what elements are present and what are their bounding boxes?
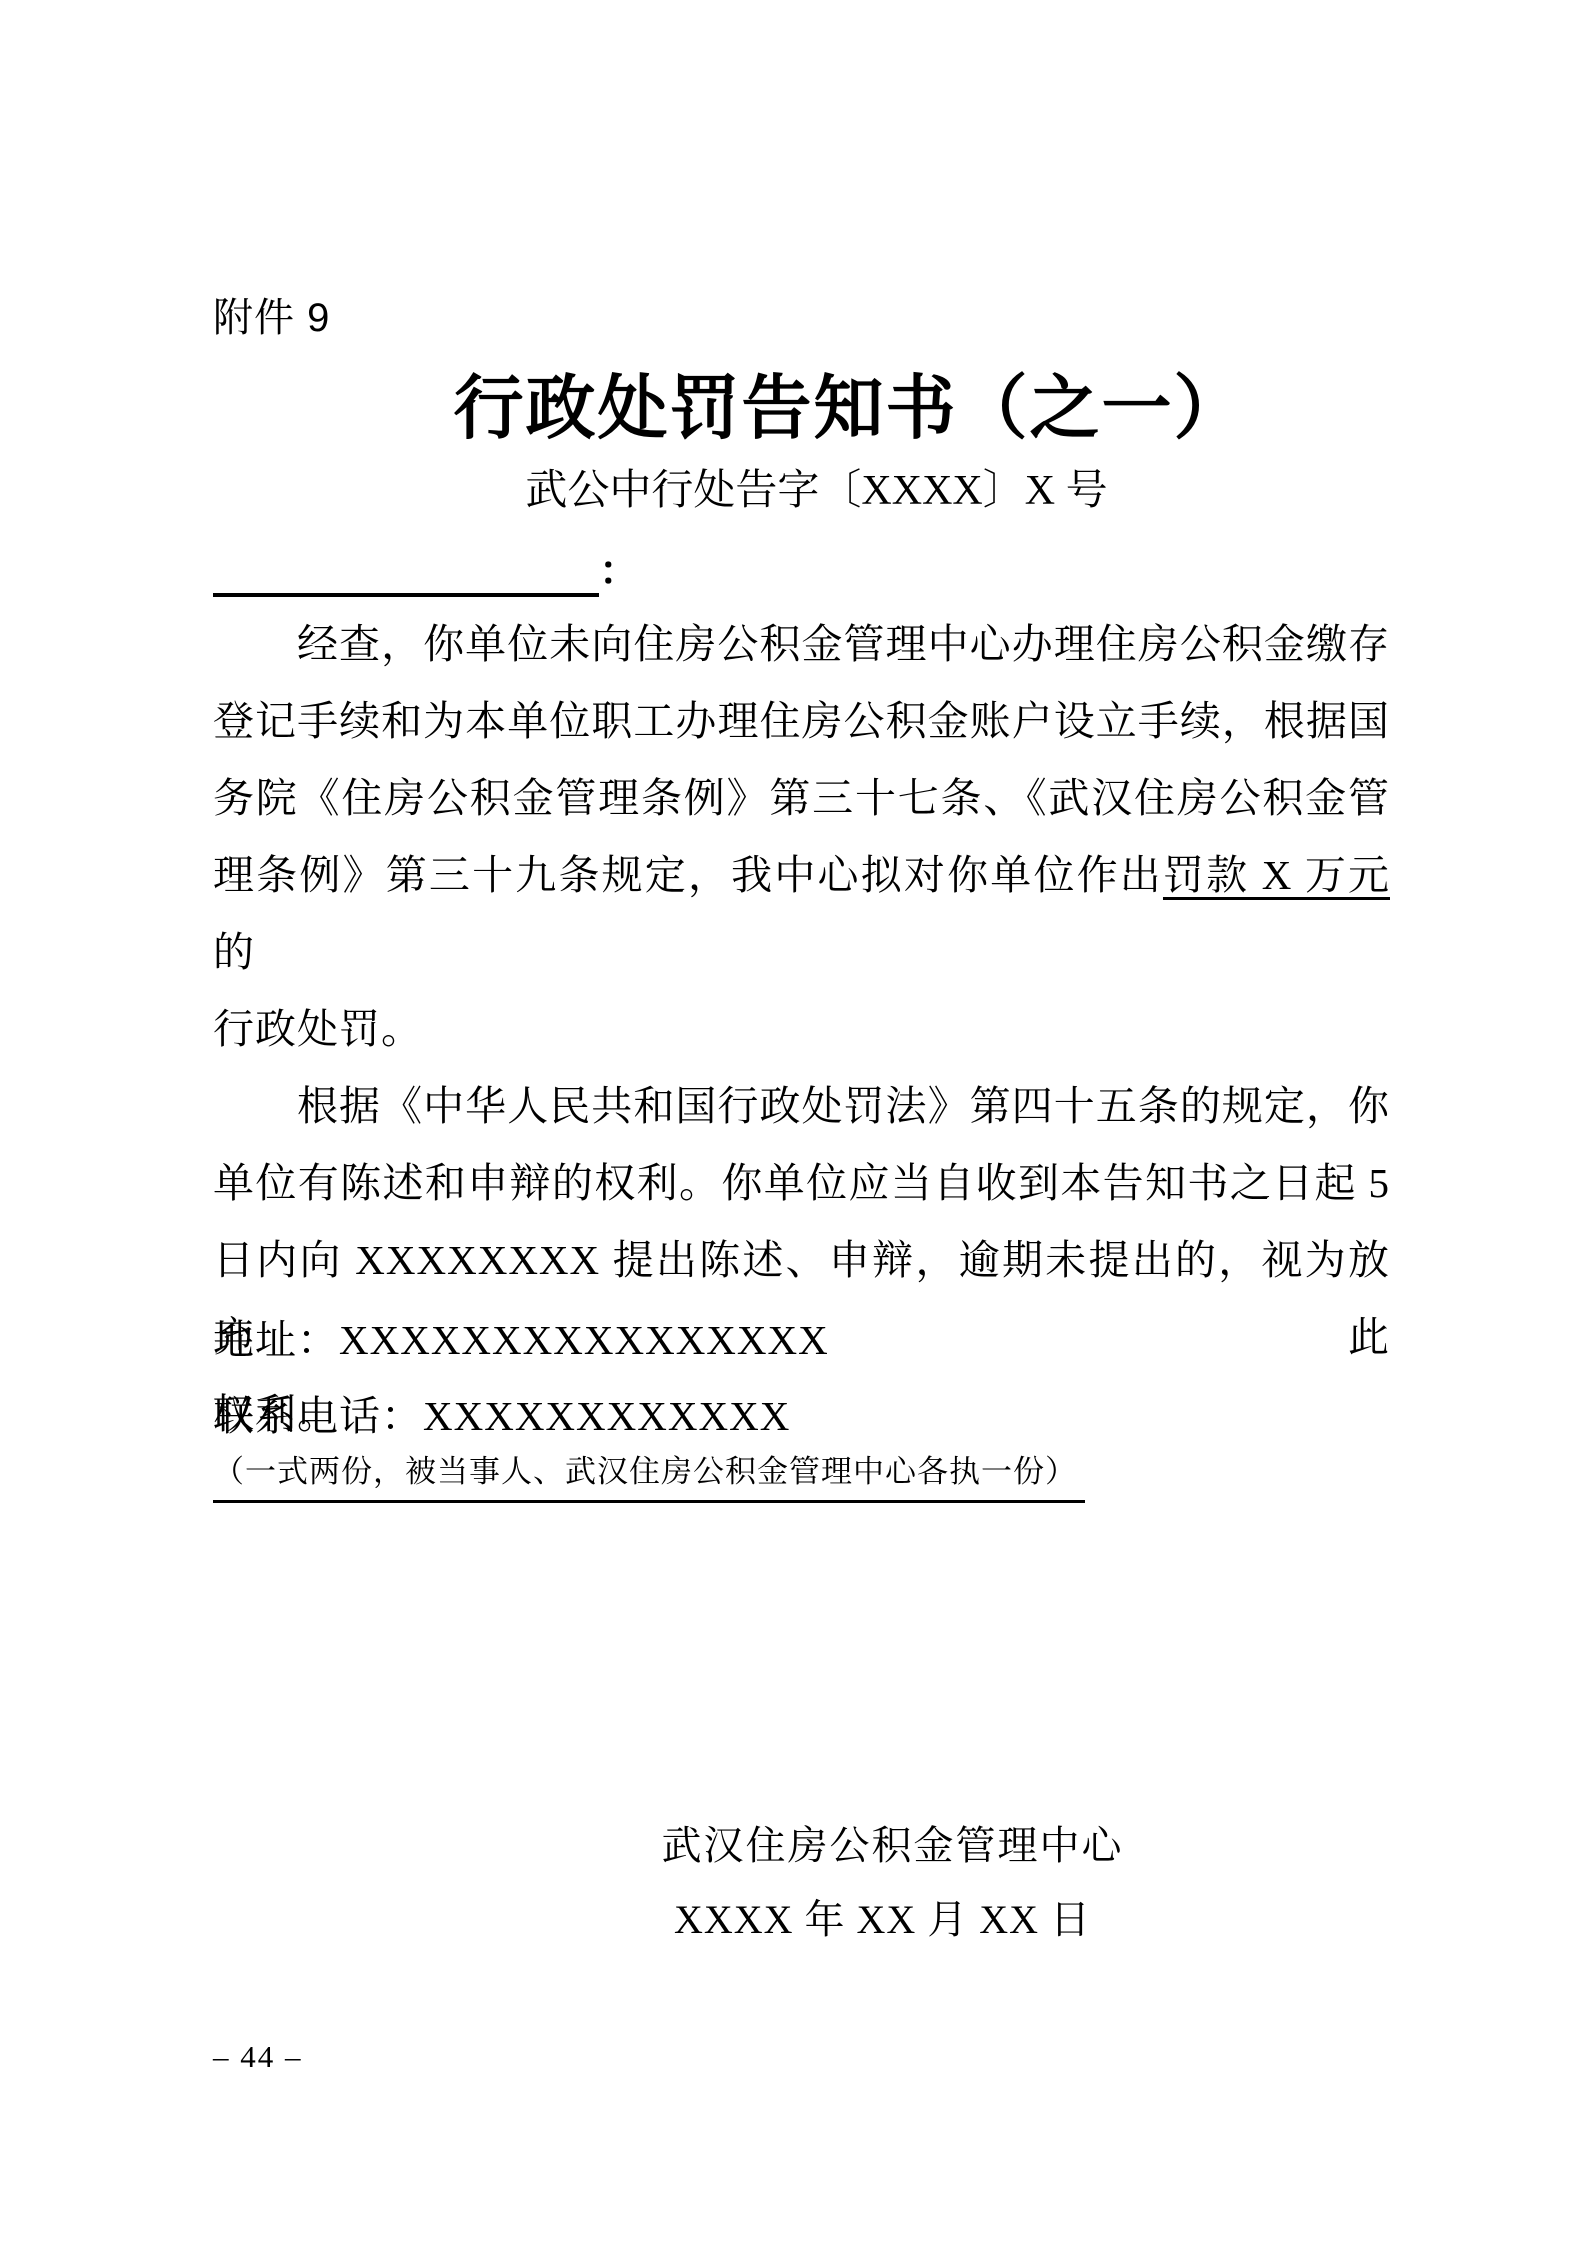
issuer-name: 武汉住房公积金管理中心 — [0, 1822, 1587, 1870]
address-label: 地址： — [213, 1317, 339, 1363]
salutation-colon: ： — [599, 548, 639, 593]
body-text: 单位有陈述和申辩的权利。你单位应当自收到本告知书之日起 5 — [213, 1160, 1390, 1206]
recipient-blank-underline — [213, 543, 599, 597]
salutation-line: ： — [213, 543, 639, 597]
document-number: 武公中行处告字〔XXXX〕X 号 — [0, 466, 1587, 516]
penalty-amount-underlined: 罚款 X 万元 — [1163, 852, 1390, 898]
body-text: 根据《中华人民共和国行政处罚法》第四十五条的规定，你 — [297, 1083, 1390, 1129]
body-text: 经查，你单位未向住房公积金管理中心办理住房公积金缴存 — [297, 621, 1390, 667]
body-text: 理条例》第三十九条规定，我中心拟对你单位作出 — [213, 852, 1163, 898]
body-line: 经查，你单位未向住房公积金管理中心办理住房公积金缴存 — [213, 606, 1390, 683]
body-text: 的 — [213, 929, 255, 975]
body-line: 务院《住房公积金管理条例》第三十七条、《武汉住房公积金管 — [213, 760, 1390, 837]
issue-date: XXXX 年 XX 月 XX 日 — [0, 1896, 1587, 1944]
page-number: – 44 – — [213, 2038, 303, 2075]
body-text: 登记手续和为本单位职工办理住房公积金账户设立手续，根据国 — [213, 698, 1390, 744]
body-line: 单位有陈述和申辩的权利。你单位应当自收到本告知书之日起 5 — [213, 1145, 1390, 1222]
phone-label: 联系电话： — [213, 1393, 423, 1439]
body-line: 行政处罚。 — [213, 991, 1390, 1068]
attachment-label: 附件 9 — [213, 294, 330, 342]
document-title: 行政处罚告知书（之一） — [0, 368, 1587, 452]
body-line: 理条例》第三十九条规定，我中心拟对你单位作出罚款 X 万元的 — [213, 837, 1390, 991]
body-line: 根据《中华人民共和国行政处罚法》第四十五条的规定，你 — [213, 1068, 1390, 1145]
phone-value: XXXXXXXXXXXX — [423, 1393, 790, 1439]
document-page: 附件 9 行政处罚告知书（之一） 武公中行处告字〔XXXX〕X 号 ： 经查，你… — [0, 0, 1587, 2245]
body-text: 务院《住房公积金管理条例》第三十七条、《武汉住房公积金管 — [213, 775, 1390, 821]
body-line: 登记手续和为本单位职工办理住房公积金账户设立手续，根据国 — [213, 683, 1390, 760]
address-value: XXXXXXXXXXXXXXXX — [339, 1317, 829, 1363]
address-line: 地址：XXXXXXXXXXXXXXXX — [213, 1316, 829, 1365]
copies-note: （一式两份，被当事人、武汉住房公积金管理中心各执一份） — [213, 1452, 1085, 1503]
phone-line: 联系电话：XXXXXXXXXXXX — [213, 1392, 790, 1441]
body-text: 行政处罚。 — [213, 1006, 423, 1052]
